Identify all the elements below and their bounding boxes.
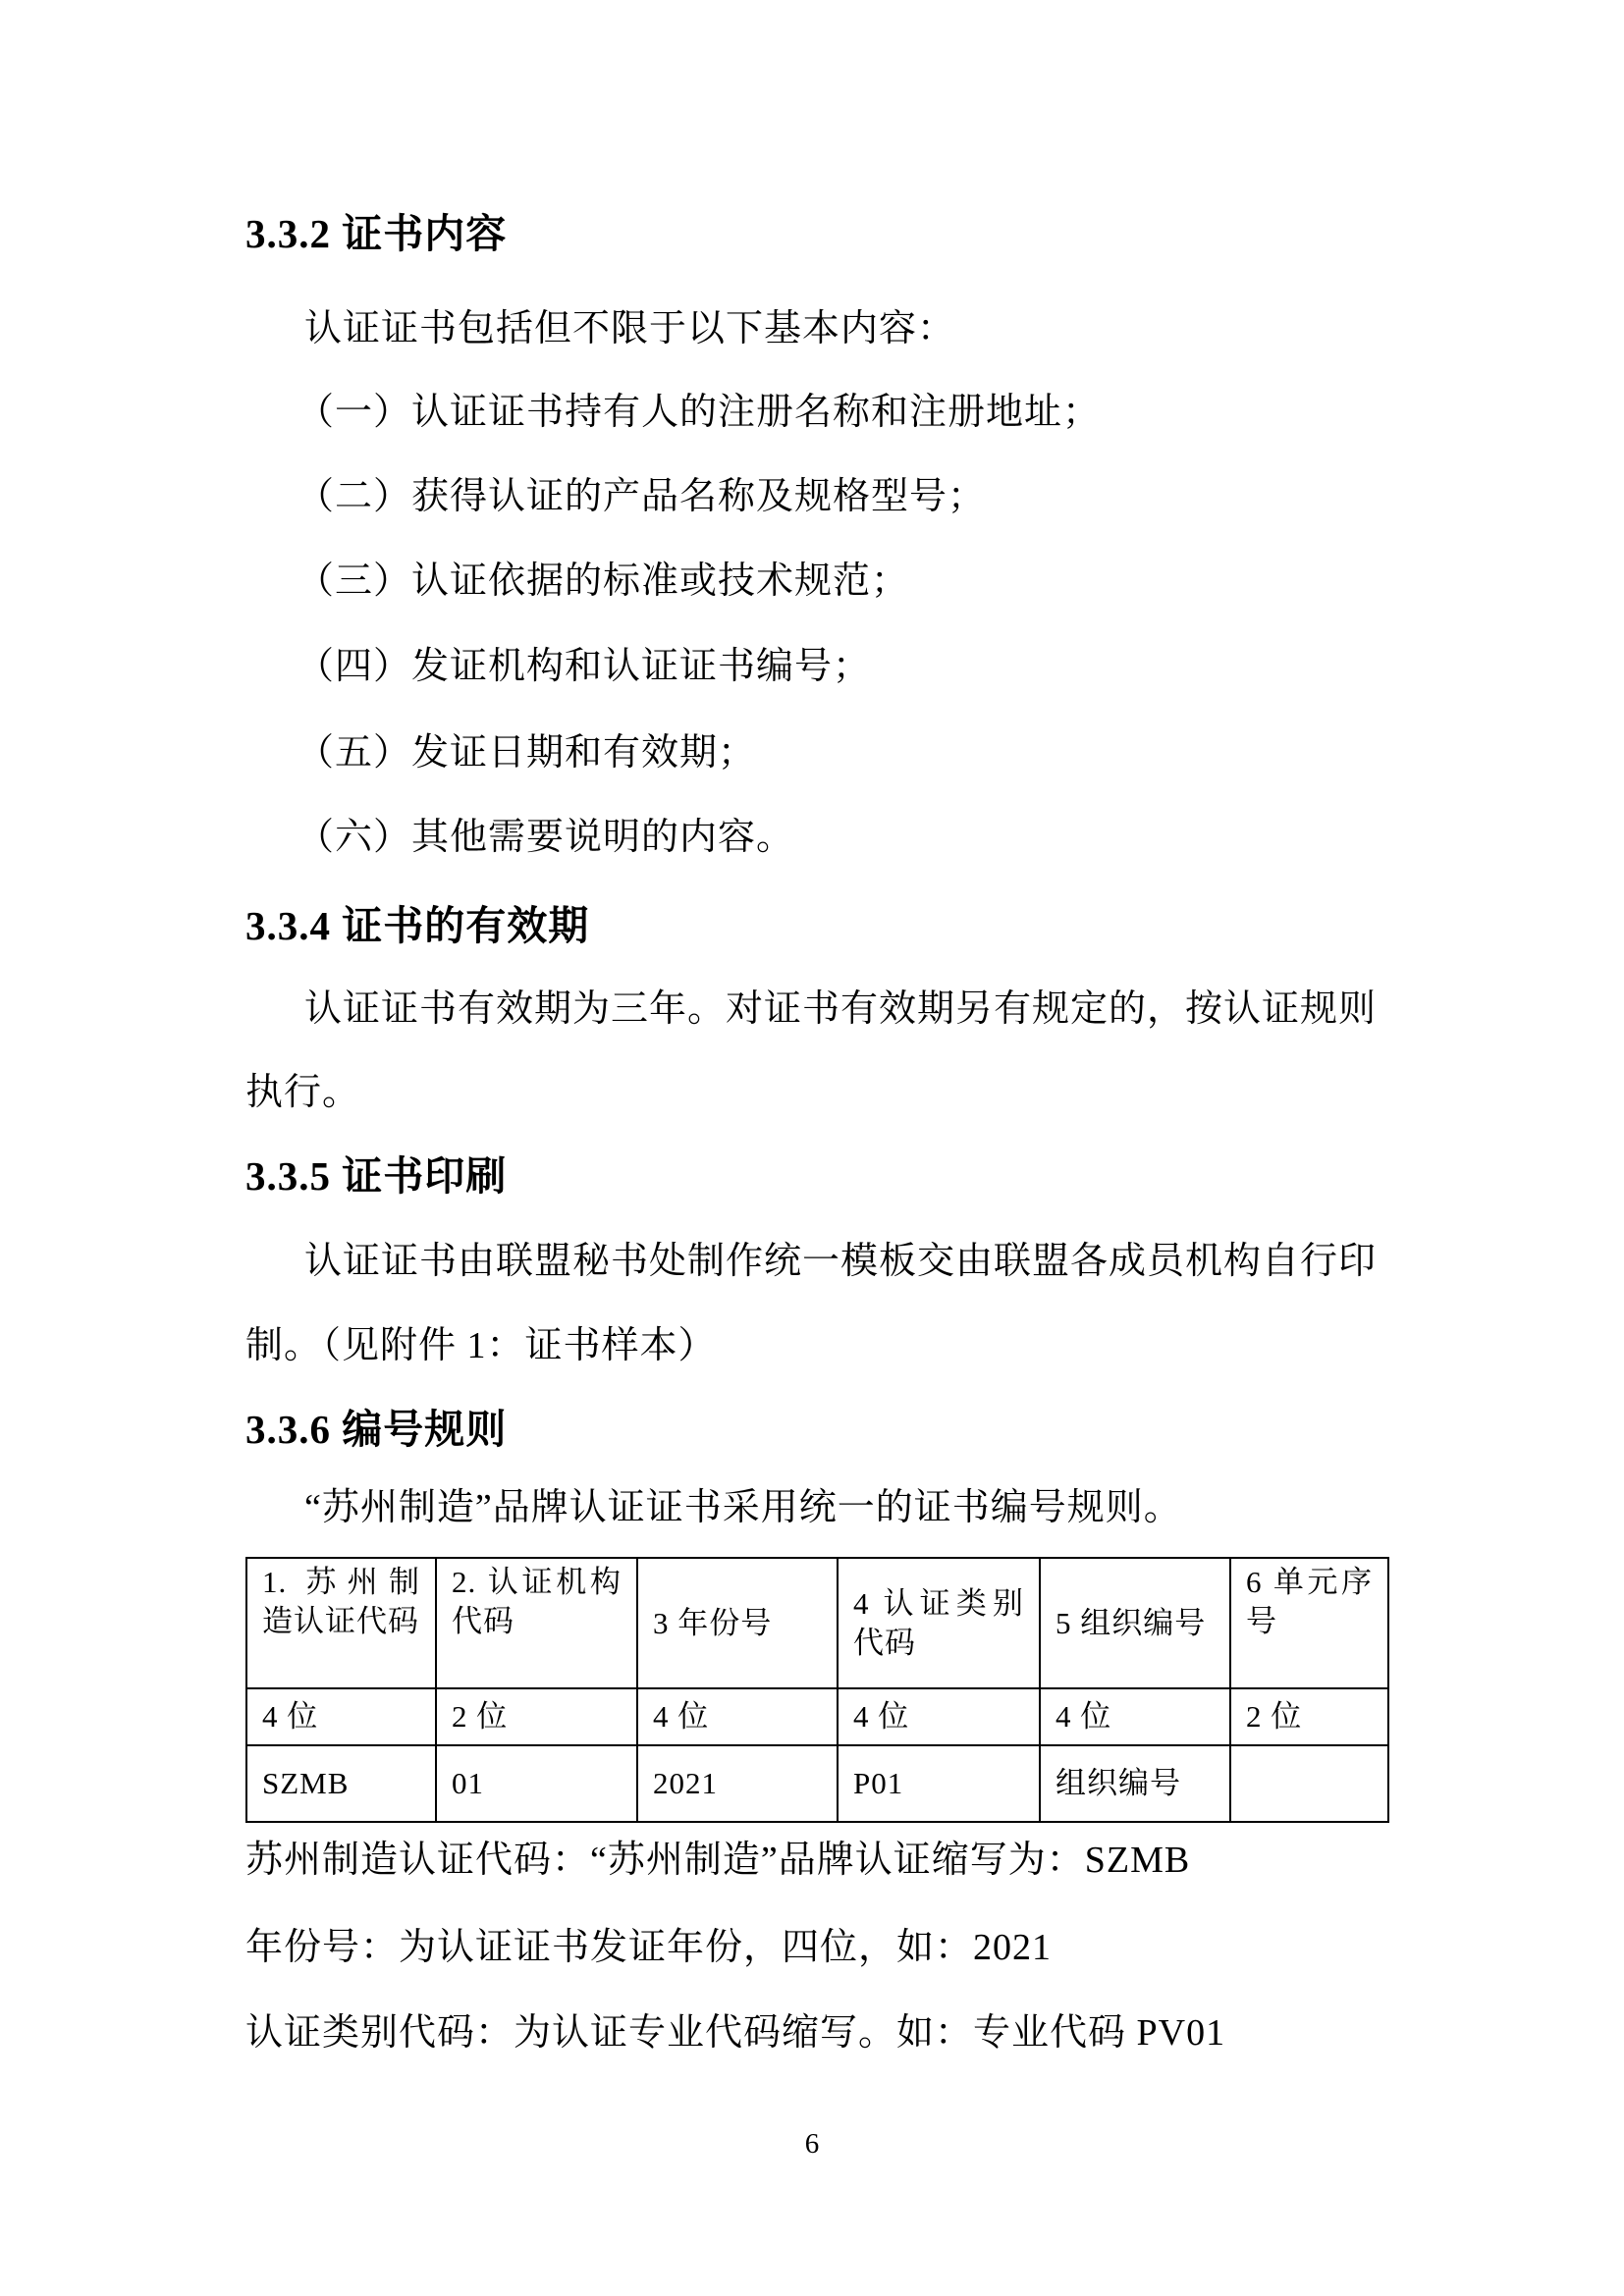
section-heading-3-3-2: 3.3.2 证书内容 xyxy=(245,212,507,256)
document-page: 3.3.2 证书内容 认证证书包括但不限于以下基本内容： （一）认证证书持有人的… xyxy=(0,0,1624,2296)
header-cell-org-code: 5 组织编号 xyxy=(1040,1558,1230,1688)
digits-cell-1: 4 位 xyxy=(246,1688,436,1745)
digits-cell-2: 2 位 xyxy=(436,1688,637,1745)
paragraph-s334-line2: 执行。 xyxy=(245,1072,360,1115)
example-cell-p01: P01 xyxy=(838,1745,1040,1822)
example-cell-szmb: SZMB xyxy=(246,1745,436,1822)
cert-numbering-table: 1. 苏州制造认证代码 2. 认证机构代码 3 年份号 4 认证类别代码 5 组… xyxy=(245,1557,1389,1823)
paragraph-s336-intro: “苏州制造”品牌认证证书采用统一的证书编号规则。 xyxy=(304,1487,1182,1530)
digits-cell-4: 4 位 xyxy=(838,1688,1040,1745)
header-cell-category-code: 4 认证类别代码 xyxy=(838,1558,1040,1688)
header-cell-szmb-code: 1. 苏州制造认证代码 xyxy=(246,1558,436,1688)
note-year-code: 年份号：为认证证书发证年份，四位，如：2021 xyxy=(245,1927,1052,1970)
table-row-digits: 4 位 2 位 4 位 4 位 4 位 2 位 xyxy=(246,1688,1388,1745)
page-number: 6 xyxy=(0,2128,1624,2161)
section-heading-3-3-6: 3.3.6 编号规则 xyxy=(245,1408,507,1452)
digits-cell-5: 4 位 xyxy=(1040,1688,1230,1745)
note-category-code: 认证类别代码：为认证专业代码缩写。如：专业代码 PV01 xyxy=(245,2012,1225,2056)
header-cell-year-code: 3 年份号 xyxy=(637,1558,838,1688)
header-cell-agency-code: 2. 认证机构代码 xyxy=(436,1558,637,1688)
example-cell-empty xyxy=(1230,1745,1388,1822)
example-cell-2021: 2021 xyxy=(637,1745,838,1822)
section-heading-3-3-4: 3.3.4 证书的有效期 xyxy=(245,904,589,948)
list-item-2: （二）获得认证的产品名称及规格型号； xyxy=(297,476,986,519)
paragraph-s334-line1: 认证证书有效期为三年。对证书有效期另有规定的，按认证规则 xyxy=(304,988,1377,1032)
table-row-example: SZMB 01 2021 P01 组织编号 xyxy=(246,1745,1388,1822)
list-item-4: （四）发证机构和认证证书编号； xyxy=(297,646,871,689)
list-item-5: （五）发证日期和有效期； xyxy=(297,732,756,775)
note-szmb-code: 苏州制造认证代码：“苏州制造”品牌认证缩写为：SZMB xyxy=(245,1840,1190,1883)
digits-cell-3: 4 位 xyxy=(637,1688,838,1745)
table-row-header: 1. 苏州制造认证代码 2. 认证机构代码 3 年份号 4 认证类别代码 5 组… xyxy=(246,1558,1388,1688)
paragraph-s335-line1: 认证证书由联盟秘书处制作统一模板交由联盟各成员机构自行印 xyxy=(304,1241,1377,1284)
list-item-1: （一）认证证书持有人的注册名称和注册地址； xyxy=(297,392,1101,435)
header-cell-unit-serial: 6 单元序号 xyxy=(1230,1558,1388,1688)
paragraph-s332-intro: 认证证书包括但不限于以下基本内容： xyxy=(304,308,955,351)
example-cell-01: 01 xyxy=(436,1745,637,1822)
digits-cell-6: 2 位 xyxy=(1230,1688,1388,1745)
example-cell-org: 组织编号 xyxy=(1040,1745,1230,1822)
list-item-6: （六）其他需要说明的内容。 xyxy=(297,817,794,860)
paragraph-s335-line2: 制。（见附件 1：证书样本） xyxy=(245,1325,717,1368)
section-heading-3-3-5: 3.3.5 证书印刷 xyxy=(245,1154,507,1199)
list-item-3: （三）认证依据的标准或技术规范； xyxy=(297,561,909,604)
